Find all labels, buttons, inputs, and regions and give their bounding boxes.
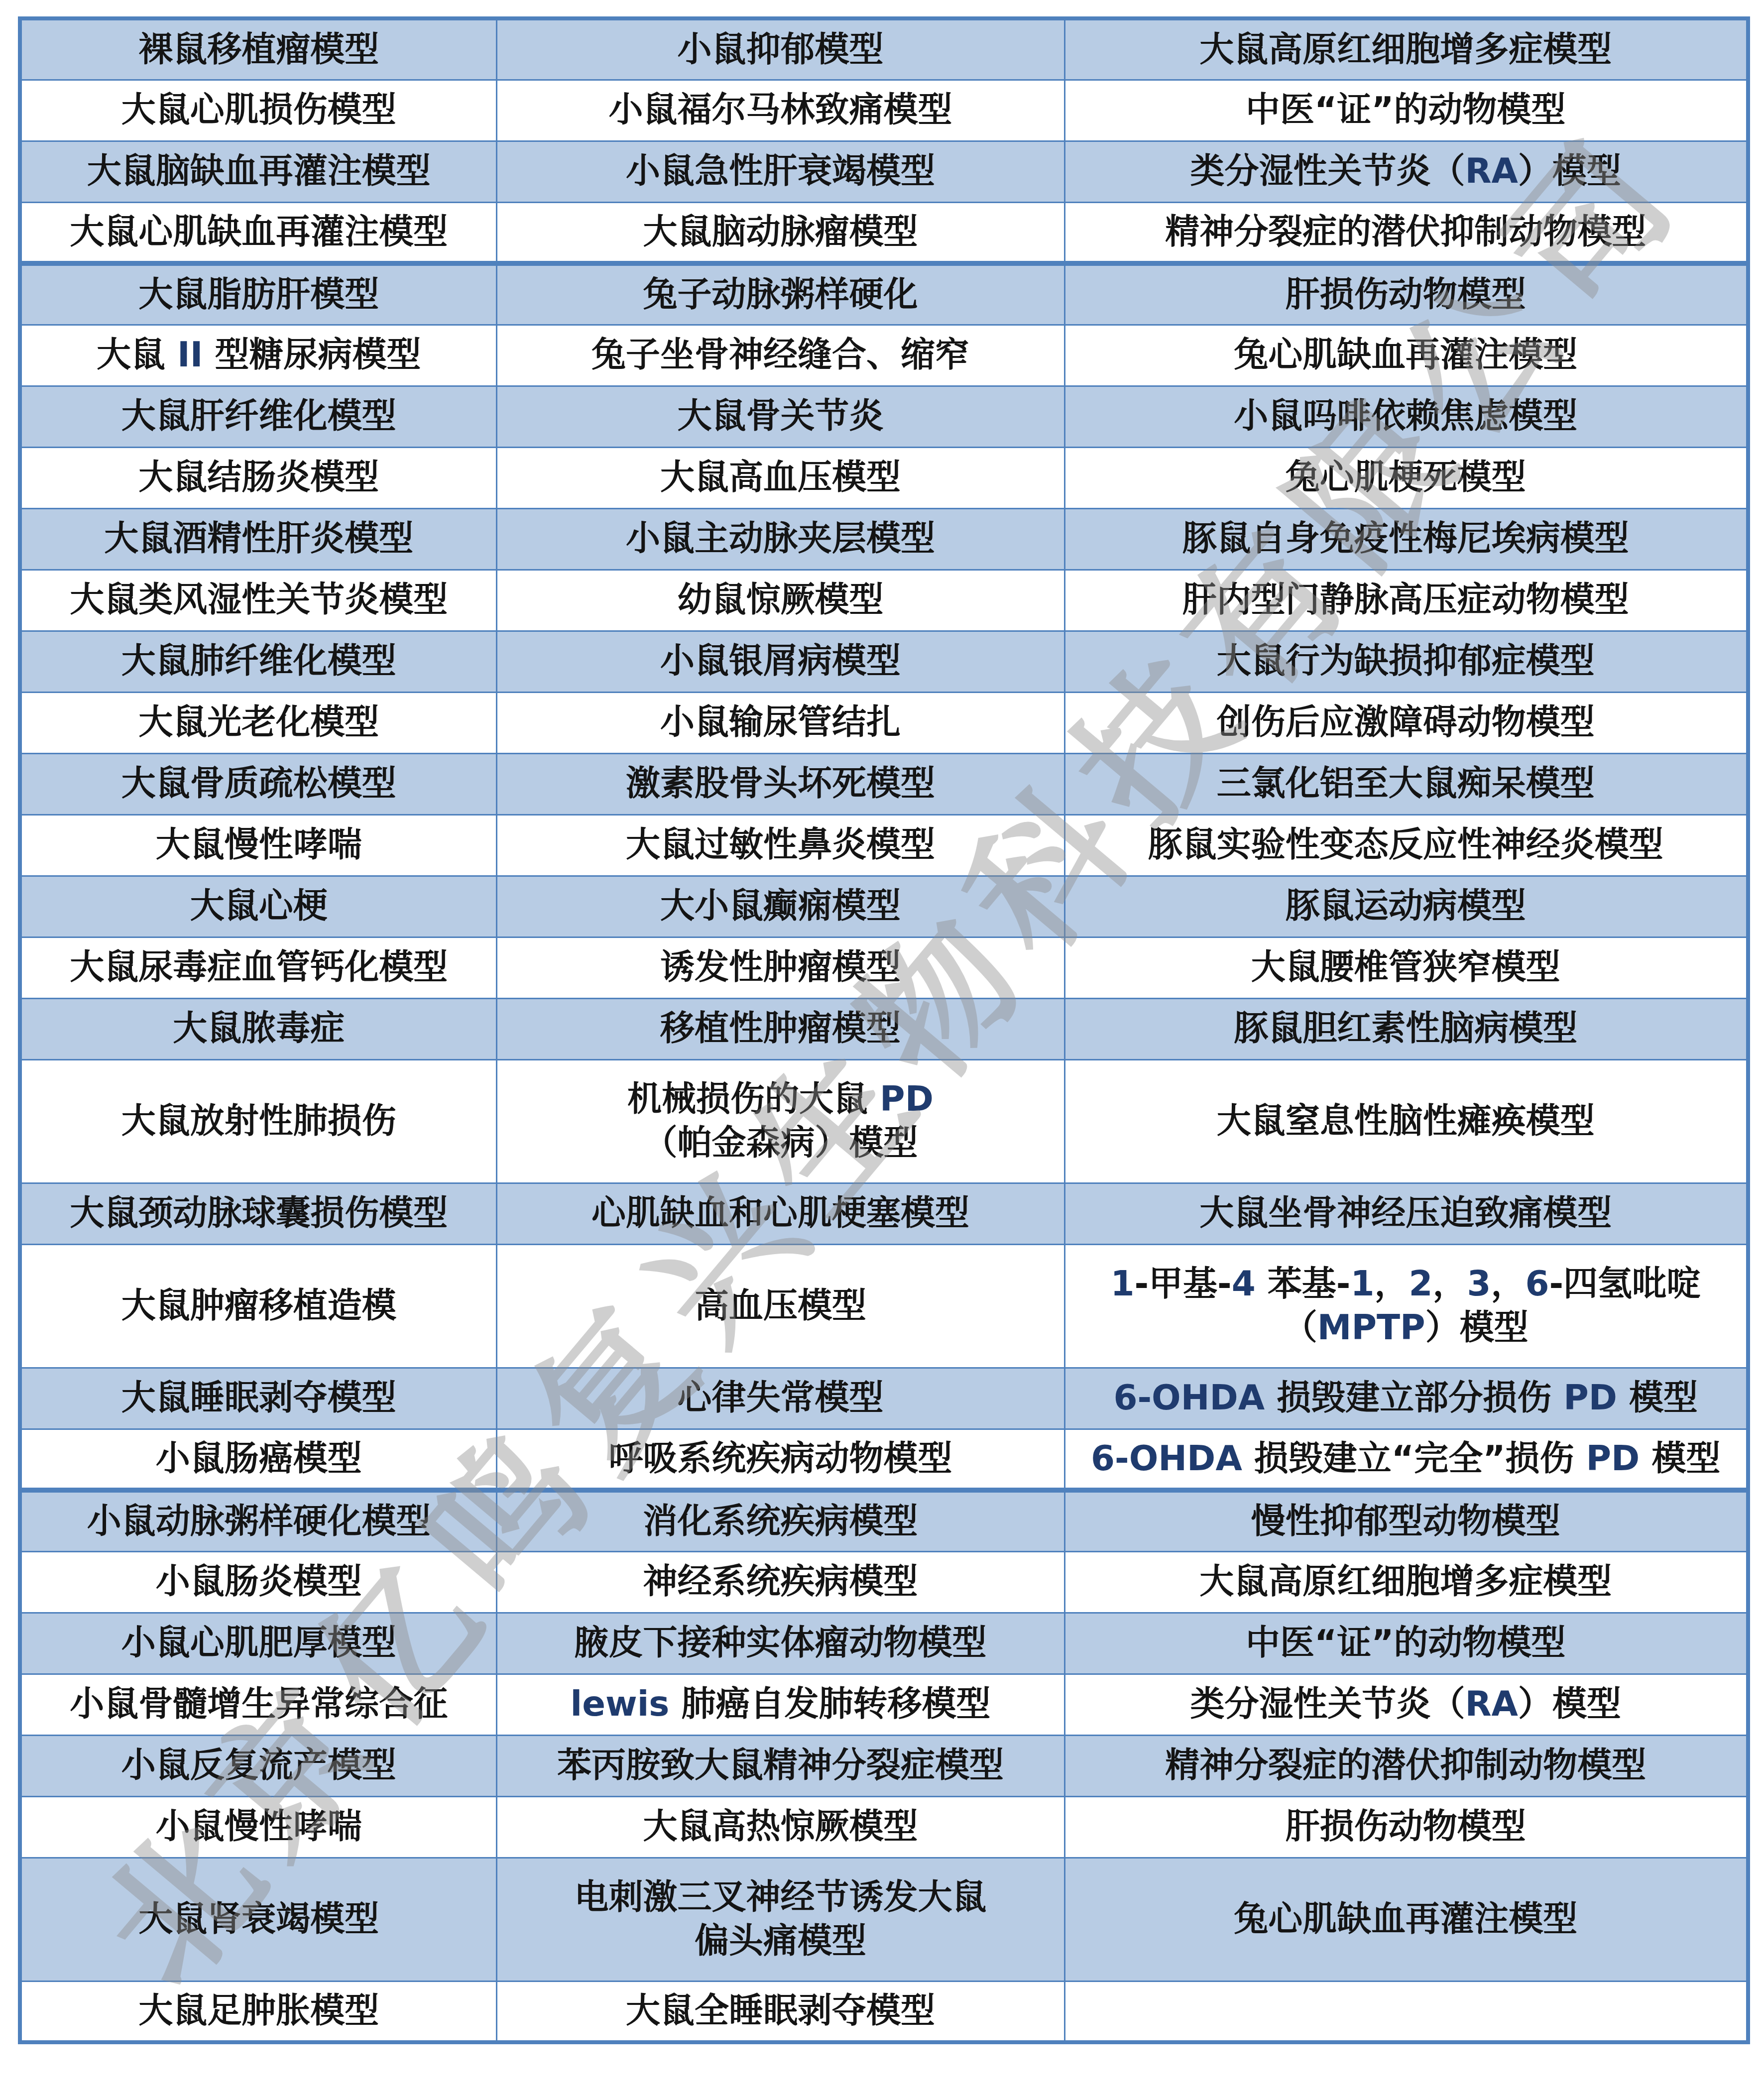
table-cell: 大鼠酒精性肝炎模型 <box>20 508 496 570</box>
cell-line: 心肌缺血和心肌梗塞模型 <box>502 1191 1059 1235</box>
cell-line: 豚鼠胆红素性脑病模型 <box>1070 1007 1742 1050</box>
table-cell: 类分湿性关节炎（RA）模型 <box>1064 1674 1748 1735</box>
cell-line: 大鼠高原红细胞增多症模型 <box>1070 1560 1742 1604</box>
cell-line: 苯丙胺致大鼠精神分裂症模型 <box>502 1744 1059 1787</box>
cell-line: 大鼠脂肪肝模型 <box>27 273 491 317</box>
table-row: 大鼠颈动脉球囊损伤模型心肌缺血和心肌梗塞模型大鼠坐骨神经压迫致痛模型 <box>20 1183 1748 1244</box>
cell-line: 大鼠 II 型糖尿病模型 <box>27 333 491 377</box>
cell-line: 大鼠高热惊厥模型 <box>502 1805 1059 1849</box>
cell-line: 小鼠慢性哮喘 <box>27 1805 491 1849</box>
cell-line: 大鼠肾衰竭模型 <box>27 1897 491 1941</box>
table-row: 大鼠尿毒症血管钙化模型诱发性肿瘤模型大鼠腰椎管狭窄模型 <box>20 937 1748 998</box>
cell-line: 大鼠心梗 <box>27 884 491 928</box>
cell-line: 肝损伤动物模型 <box>1070 1805 1742 1849</box>
table-cell: 兔心肌缺血再灌注模型 <box>1064 325 1748 386</box>
table-cell: 腋皮下接种实体瘤动物模型 <box>496 1613 1064 1674</box>
table-row: 小鼠心肌肥厚模型腋皮下接种实体瘤动物模型中医“证”的动物模型 <box>20 1613 1748 1674</box>
cell-line: 小鼠抑郁模型 <box>502 28 1059 72</box>
table-row: 大鼠类风湿性关节炎模型幼鼠惊厥模型肝内型门静脉高压症动物模型 <box>20 570 1748 631</box>
cell-line: 幼鼠惊厥模型 <box>502 578 1059 622</box>
table-row: 小鼠慢性哮喘大鼠高热惊厥模型肝损伤动物模型 <box>20 1796 1748 1858</box>
cell-line: 小鼠主动脉夹层模型 <box>502 517 1059 561</box>
table-row: 大鼠肺纤维化模型小鼠银屑病模型大鼠行为缺损抑郁症模型 <box>20 631 1748 692</box>
cell-line: 慢性抑郁型动物模型 <box>1070 1500 1742 1543</box>
table-cell: 小鼠反复流产模型 <box>20 1735 496 1796</box>
table-row: 裸鼠移植瘤模型小鼠抑郁模型大鼠高原红细胞增多症模型 <box>20 18 1748 80</box>
cell-line: 小鼠肠癌模型 <box>27 1437 491 1481</box>
table-cell: 大鼠高原红细胞增多症模型 <box>1064 1551 1748 1613</box>
cell-line: 肝内型门静脉高压症动物模型 <box>1070 578 1742 622</box>
table-cell: 呼吸系统疾病动物模型 <box>496 1429 1064 1490</box>
cell-line: 肝损伤动物模型 <box>1070 273 1742 317</box>
cell-line: 大鼠窒息性脑性瘫痪模型 <box>1070 1099 1742 1143</box>
table-cell: 肝内型门静脉高压症动物模型 <box>1064 570 1748 631</box>
table-row: 大鼠心肌缺血再灌注模型大鼠脑动脉瘤模型精神分裂症的潜伏抑制动物模型 <box>20 202 1748 263</box>
table-cell: 精神分裂症的潜伏抑制动物模型 <box>1064 1735 1748 1796</box>
cell-line: 大鼠过敏性鼻炎模型 <box>502 823 1059 867</box>
table-cell: 6-OHDA 损毁建立部分损伤 PD 模型 <box>1064 1368 1748 1429</box>
table-cell: 苯丙胺致大鼠精神分裂症模型 <box>496 1735 1064 1796</box>
table-row: 大鼠光老化模型小鼠输尿管结扎创伤后应激障碍动物模型 <box>20 692 1748 753</box>
cell-line: 腋皮下接种实体瘤动物模型 <box>502 1621 1059 1665</box>
cell-line: 兔心肌梗死模型 <box>1070 456 1742 499</box>
cell-line: 小鼠银屑病模型 <box>502 639 1059 683</box>
table-cell: 大鼠 II 型糖尿病模型 <box>20 325 496 386</box>
cell-line: 豚鼠运动病模型 <box>1070 884 1742 928</box>
table-cell: 大鼠坐骨神经压迫致痛模型 <box>1064 1183 1748 1244</box>
table-cell: 小鼠动脉粥样硬化模型 <box>20 1490 496 1551</box>
cell-line: 大鼠光老化模型 <box>27 700 491 744</box>
table-cell: 大鼠心梗 <box>20 876 496 937</box>
cell-line: 兔心肌缺血再灌注模型 <box>1070 333 1742 377</box>
cell-line: 大鼠脑缺血再灌注模型 <box>27 149 491 193</box>
cell-line: 三氯化铝至大鼠痴呆模型 <box>1070 762 1742 806</box>
table-row: 小鼠肠癌模型呼吸系统疾病动物模型6-OHDA 损毁建立“完全”损伤 PD 模型 <box>20 1429 1748 1490</box>
table-cell: 大鼠脑动脉瘤模型 <box>496 202 1064 263</box>
table-row: 大鼠肿瘤移植造模高血压模型1-甲基-4 苯基-1，2，3，6-四氢吡啶（MPTP… <box>20 1244 1748 1368</box>
table-cell: 大鼠颈动脉球囊损伤模型 <box>20 1183 496 1244</box>
table-cell: 豚鼠实验性变态反应性神经炎模型 <box>1064 815 1748 876</box>
table-row: 大鼠脓毒症移植性肿瘤模型豚鼠胆红素性脑病模型 <box>20 998 1748 1059</box>
table-cell: 小鼠急性肝衰竭模型 <box>496 141 1064 202</box>
table-cell: 肝损伤动物模型 <box>1064 1796 1748 1858</box>
table-cell: 大鼠光老化模型 <box>20 692 496 753</box>
table-row: 小鼠动脉粥样硬化模型消化系统疾病模型慢性抑郁型动物模型 <box>20 1490 1748 1551</box>
cell-line: 神经系统疾病模型 <box>502 1560 1059 1604</box>
table-cell: 慢性抑郁型动物模型 <box>1064 1490 1748 1551</box>
cell-line: 中医“证”的动物模型 <box>1070 88 1742 132</box>
cell-line: 6-OHDA 损毁建立“完全”损伤 PD 模型 <box>1070 1437 1742 1481</box>
cell-line: 小鼠输尿管结扎 <box>502 700 1059 744</box>
cell-line: 心律失常模型 <box>502 1376 1059 1420</box>
cell-line: 大鼠高原红细胞增多症模型 <box>1070 28 1742 72</box>
table-body: 裸鼠移植瘤模型小鼠抑郁模型大鼠高原红细胞增多症模型大鼠心肌损伤模型小鼠福尔马林致… <box>20 18 1748 2042</box>
cell-line: 兔子坐骨神经缝合、缩窄 <box>502 333 1059 377</box>
table-row: 大鼠 II 型糖尿病模型兔子坐骨神经缝合、缩窄兔心肌缺血再灌注模型 <box>20 325 1748 386</box>
cell-line: 呼吸系统疾病动物模型 <box>502 1437 1059 1481</box>
cell-line: 大鼠结肠炎模型 <box>27 456 491 499</box>
cell-line: （MPTP）模型 <box>1070 1306 1742 1350</box>
table-cell: 诱发性肿瘤模型 <box>496 937 1064 998</box>
cell-line: 兔心肌缺血再灌注模型 <box>1070 1897 1742 1941</box>
table-cell: 大鼠肺纤维化模型 <box>20 631 496 692</box>
cell-line: 大鼠心肌损伤模型 <box>27 88 491 132</box>
cell-line: 大鼠肺纤维化模型 <box>27 639 491 683</box>
table-row: 大鼠骨质疏松模型激素股骨头坏死模型三氯化铝至大鼠痴呆模型 <box>20 753 1748 815</box>
table-cell: 中医“证”的动物模型 <box>1064 80 1748 141</box>
cell-line: 豚鼠自身免疫性梅尼埃病模型 <box>1070 517 1742 561</box>
table-row: 大鼠结肠炎模型大鼠高血压模型兔心肌梗死模型 <box>20 447 1748 508</box>
table-cell: 大鼠脓毒症 <box>20 998 496 1059</box>
table-cell: 大鼠脑缺血再灌注模型 <box>20 141 496 202</box>
cell-line: 小鼠吗啡依赖焦虑模型 <box>1070 394 1742 438</box>
cell-line: 小鼠急性肝衰竭模型 <box>502 149 1059 193</box>
table-row: 大鼠足肿胀模型大鼠全睡眠剥夺模型 <box>20 1981 1748 2042</box>
cell-line: 电刺激三叉神经节诱发大鼠 <box>502 1875 1059 1919</box>
cell-line: 类分湿性关节炎（RA）模型 <box>1070 1682 1742 1726</box>
table-cell: 大鼠肿瘤移植造模 <box>20 1244 496 1368</box>
cell-line: lewis 肺癌自发肺转移模型 <box>502 1682 1059 1726</box>
table-cell: 小鼠慢性哮喘 <box>20 1796 496 1858</box>
cell-line: 中医“证”的动物模型 <box>1070 1621 1742 1665</box>
table-cell: 小鼠主动脉夹层模型 <box>496 508 1064 570</box>
table-cell: 大小鼠癫痫模型 <box>496 876 1064 937</box>
table-row: 大鼠酒精性肝炎模型小鼠主动脉夹层模型豚鼠自身免疫性梅尼埃病模型 <box>20 508 1748 570</box>
table-cell: 兔子动脉粥样硬化 <box>496 263 1064 325</box>
cell-line: 大鼠行为缺损抑郁症模型 <box>1070 639 1742 683</box>
cell-line: 大鼠骨关节炎 <box>502 394 1059 438</box>
table-cell: 精神分裂症的潜伏抑制动物模型 <box>1064 202 1748 263</box>
table-cell: 大鼠肾衰竭模型 <box>20 1858 496 1981</box>
table-cell: 小鼠福尔马林致痛模型 <box>496 80 1064 141</box>
table-cell: 大鼠脂肪肝模型 <box>20 263 496 325</box>
table-row: 大鼠放射性肺损伤机械损伤的大鼠 PD（帕金森病）模型大鼠窒息性脑性瘫痪模型 <box>20 1059 1748 1183</box>
cell-line: 6-OHDA 损毁建立部分损伤 PD 模型 <box>1070 1376 1742 1420</box>
table-cell: 大鼠肝纤维化模型 <box>20 386 496 447</box>
table-cell: 大鼠骨关节炎 <box>496 386 1064 447</box>
table-row: 大鼠肝纤维化模型大鼠骨关节炎小鼠吗啡依赖焦虑模型 <box>20 386 1748 447</box>
cell-line: 豚鼠实验性变态反应性神经炎模型 <box>1070 823 1742 867</box>
cell-line: 小鼠心肌肥厚模型 <box>27 1621 491 1665</box>
table-row: 小鼠骨髓增生异常综合征lewis 肺癌自发肺转移模型类分湿性关节炎（RA）模型 <box>20 1674 1748 1735</box>
table-cell: 大鼠骨质疏松模型 <box>20 753 496 815</box>
table-cell: 心肌缺血和心肌梗塞模型 <box>496 1183 1064 1244</box>
table-cell: 大鼠睡眠剥夺模型 <box>20 1368 496 1429</box>
table-cell: 肝损伤动物模型 <box>1064 263 1748 325</box>
table-row: 大鼠肾衰竭模型电刺激三叉神经节诱发大鼠偏头痛模型兔心肌缺血再灌注模型 <box>20 1858 1748 1981</box>
table-cell: 大鼠尿毒症血管钙化模型 <box>20 937 496 998</box>
cell-line: 大鼠骨质疏松模型 <box>27 762 491 806</box>
table-cell: 大鼠高原红细胞增多症模型 <box>1064 18 1748 80</box>
table-cell: 大鼠放射性肺损伤 <box>20 1059 496 1183</box>
cell-line: 大鼠脓毒症 <box>27 1007 491 1050</box>
table-cell: 类分湿性关节炎（RA）模型 <box>1064 141 1748 202</box>
table-cell: 兔子坐骨神经缝合、缩窄 <box>496 325 1064 386</box>
table-cell: 小鼠骨髓增生异常综合征 <box>20 1674 496 1735</box>
table-cell: 豚鼠自身免疫性梅尼埃病模型 <box>1064 508 1748 570</box>
cell-line: 大鼠类风湿性关节炎模型 <box>27 578 491 622</box>
table-cell: 小鼠抑郁模型 <box>496 18 1064 80</box>
table-cell: 激素股骨头坏死模型 <box>496 753 1064 815</box>
cell-line: 小鼠骨髓增生异常综合征 <box>27 1682 491 1726</box>
table-cell: 大鼠心肌损伤模型 <box>20 80 496 141</box>
table-cell: 大鼠高血压模型 <box>496 447 1064 508</box>
table-cell: lewis 肺癌自发肺转移模型 <box>496 1674 1064 1735</box>
table-row: 大鼠脑缺血再灌注模型小鼠急性肝衰竭模型类分湿性关节炎（RA）模型 <box>20 141 1748 202</box>
table-cell: 大鼠慢性哮喘 <box>20 815 496 876</box>
table-cell: 1-甲基-4 苯基-1，2，3，6-四氢吡啶（MPTP）模型 <box>1064 1244 1748 1368</box>
cell-line: 大鼠酒精性肝炎模型 <box>27 517 491 561</box>
cell-line: 类分湿性关节炎（RA）模型 <box>1070 149 1742 193</box>
cell-line: 裸鼠移植瘤模型 <box>27 28 491 72</box>
table-cell: 中医“证”的动物模型 <box>1064 1613 1748 1674</box>
table-row: 大鼠心梗大小鼠癫痫模型豚鼠运动病模型 <box>20 876 1748 937</box>
table-cell: 豚鼠胆红素性脑病模型 <box>1064 998 1748 1059</box>
table-row: 大鼠心肌损伤模型小鼠福尔马林致痛模型中医“证”的动物模型 <box>20 80 1748 141</box>
cell-line: 大鼠全睡眠剥夺模型 <box>502 1989 1059 2033</box>
cell-line: 精神分裂症的潜伏抑制动物模型 <box>1070 1744 1742 1787</box>
cell-line: 偏头痛模型 <box>502 1919 1059 1963</box>
table-cell: 大鼠过敏性鼻炎模型 <box>496 815 1064 876</box>
cell-line: 大鼠睡眠剥夺模型 <box>27 1376 491 1420</box>
table-cell: 豚鼠运动病模型 <box>1064 876 1748 937</box>
cell-line: 诱发性肿瘤模型 <box>502 945 1059 989</box>
table-cell: 消化系统疾病模型 <box>496 1490 1064 1551</box>
table-cell: 小鼠银屑病模型 <box>496 631 1064 692</box>
cell-line: 大鼠腰椎管狭窄模型 <box>1070 945 1742 989</box>
table-cell: 大鼠足肿胀模型 <box>20 1981 496 2042</box>
table-row: 大鼠睡眠剥夺模型心律失常模型6-OHDA 损毁建立部分损伤 PD 模型 <box>20 1368 1748 1429</box>
table-row: 大鼠慢性哮喘大鼠过敏性鼻炎模型豚鼠实验性变态反应性神经炎模型 <box>20 815 1748 876</box>
page: 裸鼠移植瘤模型小鼠抑郁模型大鼠高原红细胞增多症模型大鼠心肌损伤模型小鼠福尔马林致… <box>0 0 1764 2100</box>
cell-line: 小鼠福尔马林致痛模型 <box>502 88 1059 132</box>
table-cell: 裸鼠移植瘤模型 <box>20 18 496 80</box>
animal-models-table: 裸鼠移植瘤模型小鼠抑郁模型大鼠高原红细胞增多症模型大鼠心肌损伤模型小鼠福尔马林致… <box>18 16 1750 2044</box>
cell-line: 大鼠高血压模型 <box>502 456 1059 499</box>
cell-line: 兔子动脉粥样硬化 <box>502 273 1059 317</box>
cell-line: 激素股骨头坏死模型 <box>502 762 1059 806</box>
table-cell: 神经系统疾病模型 <box>496 1551 1064 1613</box>
cell-line: 大鼠放射性肺损伤 <box>27 1099 491 1143</box>
table-cell: 大鼠窒息性脑性瘫痪模型 <box>1064 1059 1748 1183</box>
table-cell: 小鼠肠炎模型 <box>20 1551 496 1613</box>
cell-line: 大鼠尿毒症血管钙化模型 <box>27 945 491 989</box>
cell-line: 大鼠脑动脉瘤模型 <box>502 210 1059 254</box>
cell-line: 大鼠慢性哮喘 <box>27 823 491 867</box>
cell-line: 精神分裂症的潜伏抑制动物模型 <box>1070 210 1742 254</box>
cell-line: 创伤后应激障碍动物模型 <box>1070 700 1742 744</box>
table-cell: 6-OHDA 损毁建立“完全”损伤 PD 模型 <box>1064 1429 1748 1490</box>
cell-line: 大鼠肿瘤移植造模 <box>27 1284 491 1328</box>
table-cell: 大鼠腰椎管狭窄模型 <box>1064 937 1748 998</box>
cell-line: 移植性肿瘤模型 <box>502 1007 1059 1050</box>
table-cell: 小鼠心肌肥厚模型 <box>20 1613 496 1674</box>
table-cell: 电刺激三叉神经节诱发大鼠偏头痛模型 <box>496 1858 1064 1981</box>
cell-line: 大鼠颈动脉球囊损伤模型 <box>27 1191 491 1235</box>
table-cell: 大鼠结肠炎模型 <box>20 447 496 508</box>
table-cell: 机械损伤的大鼠 PD（帕金森病）模型 <box>496 1059 1064 1183</box>
table-cell: 大鼠类风湿性关节炎模型 <box>20 570 496 631</box>
cell-line: 小鼠动脉粥样硬化模型 <box>27 1500 491 1543</box>
table-cell <box>1064 1981 1748 2042</box>
table-row: 小鼠反复流产模型苯丙胺致大鼠精神分裂症模型精神分裂症的潜伏抑制动物模型 <box>20 1735 1748 1796</box>
cell-line: 机械损伤的大鼠 PD <box>502 1077 1059 1121</box>
cell-line: 小鼠反复流产模型 <box>27 1744 491 1787</box>
table-row: 大鼠脂肪肝模型兔子动脉粥样硬化肝损伤动物模型 <box>20 263 1748 325</box>
table-cell: 高血压模型 <box>496 1244 1064 1368</box>
cell-line: 大鼠心肌缺血再灌注模型 <box>27 210 491 254</box>
cell-line: 大鼠坐骨神经压迫致痛模型 <box>1070 1191 1742 1235</box>
table-cell: 兔心肌梗死模型 <box>1064 447 1748 508</box>
table-cell: 小鼠肠癌模型 <box>20 1429 496 1490</box>
table-cell: 幼鼠惊厥模型 <box>496 570 1064 631</box>
table-cell: 小鼠输尿管结扎 <box>496 692 1064 753</box>
table-cell: 小鼠吗啡依赖焦虑模型 <box>1064 386 1748 447</box>
table-cell: 三氯化铝至大鼠痴呆模型 <box>1064 753 1748 815</box>
cell-line: 大小鼠癫痫模型 <box>502 884 1059 928</box>
cell-line: 小鼠肠炎模型 <box>27 1560 491 1604</box>
table-cell: 大鼠心肌缺血再灌注模型 <box>20 202 496 263</box>
cell-line: 1-甲基-4 苯基-1，2，3，6-四氢吡啶 <box>1070 1262 1742 1306</box>
cell-line: 大鼠肝纤维化模型 <box>27 394 491 438</box>
cell-line: 消化系统疾病模型 <box>502 1500 1059 1543</box>
cell-line: 大鼠足肿胀模型 <box>27 1989 491 2033</box>
table-cell: 心律失常模型 <box>496 1368 1064 1429</box>
table-cell: 创伤后应激障碍动物模型 <box>1064 692 1748 753</box>
cell-line: （帕金森病）模型 <box>502 1121 1059 1165</box>
table-cell: 大鼠高热惊厥模型 <box>496 1796 1064 1858</box>
table-cell: 移植性肿瘤模型 <box>496 998 1064 1059</box>
table-cell: 大鼠全睡眠剥夺模型 <box>496 1981 1064 2042</box>
table-cell: 兔心肌缺血再灌注模型 <box>1064 1858 1748 1981</box>
table-row: 小鼠肠炎模型神经系统疾病模型大鼠高原红细胞增多症模型 <box>20 1551 1748 1613</box>
cell-line: 高血压模型 <box>502 1284 1059 1328</box>
table-cell: 大鼠行为缺损抑郁症模型 <box>1064 631 1748 692</box>
